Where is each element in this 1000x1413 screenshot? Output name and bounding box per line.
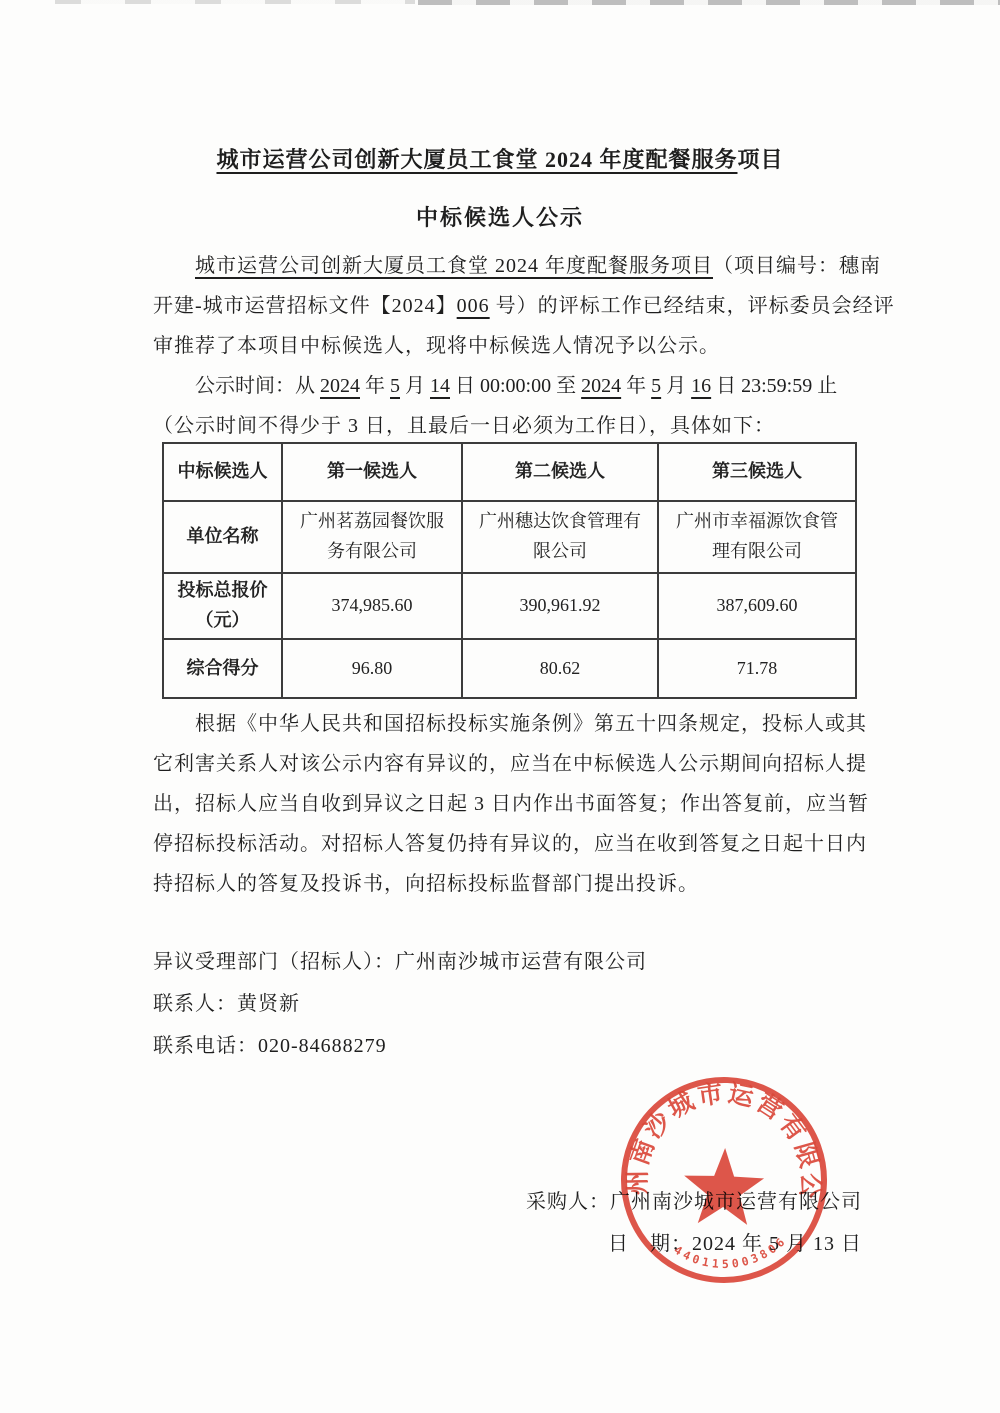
price-2: 390,961.92 <box>462 573 658 639</box>
contact-person: 联系人：黄贤新 <box>153 983 862 1025</box>
document-title-line2: 中标候选人公示 <box>0 201 1000 232</box>
start-year: 2024 <box>320 375 360 397</box>
regulation-line-3: 出，招标人应当自收到异议之日起 3 日内作出书面答复；作出答复前，应当暂 <box>153 784 862 824</box>
company-3: 广州市幸福源饮食管理有限公司 <box>658 501 856 573</box>
scan-artifact-light <box>55 0 415 4</box>
row-label-company: 单位名称 <box>163 501 282 573</box>
title-plain-part: 项目 <box>738 147 784 172</box>
header-first-candidate: 第一候选人 <box>282 443 462 501</box>
document-page: 城市运营公司创新大厦员工食堂 2024 年度配餐服务项目 中标候选人公示 城市运… <box>0 0 1000 1413</box>
title-underlined-part: 城市运营公司创新大厦员工食堂 2024 年度配餐服务 <box>216 147 737 172</box>
table-row-price: 投标总报价（元） 374,985.60 390,961.92 387,609.6… <box>163 573 856 639</box>
header-third-candidate: 第三候选人 <box>658 443 856 501</box>
company-2: 广州穗达饮食管理有限公司 <box>462 501 658 573</box>
regulation-paragraph: 根据《中华人民共和国招标投标实施条例》第五十四条规定，投标人或其 它利害关系人对… <box>153 704 862 904</box>
evaluation-status: 号）的评标工作已经结束，评标委员会经评 <box>490 295 895 317</box>
score-2: 80.62 <box>462 639 658 698</box>
table-row-score: 综合得分 96.80 80.62 71.78 <box>163 639 856 698</box>
date-line: 日 期：2024 年 5 月 13 日 <box>153 1223 868 1265</box>
start-day: 14 <box>430 375 450 397</box>
dispute-department: 异议受理部门（招标人）：广州南沙城市运营有限公司 <box>153 941 862 983</box>
row-label-price: 投标总报价（元） <box>163 573 282 639</box>
intro-paragraph: 城市运营公司创新大厦员工食堂 2024 年度配餐服务项目（项目编号：穗南 开建-… <box>153 246 862 366</box>
scan-artifact-dark <box>418 0 1000 5</box>
table-row-company: 单位名称 广州茗荔园餐饮服务有限公司 广州穗达饮食管理有限公司 广州市幸福源饮食… <box>163 501 856 573</box>
score-3: 71.78 <box>658 639 856 698</box>
notice-time-line-2: （公示时间不得少于 3 日，且最后一日必须为工作日），具体如下： <box>153 406 862 446</box>
purchaser-line: 采购人：广州南沙城市运营有限公司 <box>153 1181 862 1223</box>
regulation-line-1: 根据《中华人民共和国招标投标实施条例》第五十四条规定，投标人或其 <box>153 704 862 744</box>
header-candidate: 中标候选人 <box>163 443 282 501</box>
end-year: 2024 <box>581 375 621 397</box>
contact-phone: 联系电话：020-84688279 <box>153 1025 862 1067</box>
project-name-underlined: 城市运营公司创新大厦员工食堂 2024 年度配餐服务项目 <box>195 255 713 277</box>
regulation-line-2: 它利害关系人对该公示内容有异议的，应当在中标候选人公示期间向招标人提 <box>153 744 862 784</box>
intro-line-1: 城市运营公司创新大厦员工食堂 2024 年度配餐服务项目（项目编号：穗南 <box>153 246 862 286</box>
intro-line-2: 开建-城市运营招标文件【2024】006 号）的评标工作已经结束，评标委员会经评 <box>153 286 862 326</box>
company-1: 广州茗荔园餐饮服务有限公司 <box>282 501 462 573</box>
header-second-candidate: 第二候选人 <box>462 443 658 501</box>
notice-time-paragraph: 公示时间：从 2024 年 5 月 14 日 00:00:00 至 2024 年… <box>153 366 862 446</box>
regulation-line-4: 停招标投标活动。对招标人答复仍持有异议的，应当在收到答复之日起十日内 <box>153 824 862 864</box>
table-header-row: 中标候选人 第一候选人 第二候选人 第三候选人 <box>163 443 856 501</box>
document-title-line1: 城市运营公司创新大厦员工食堂 2024 年度配餐服务项目 <box>0 143 1000 174</box>
tender-doc-ref: 开建-城市运营招标文件【2024】 <box>153 295 457 317</box>
row-label-score: 综合得分 <box>163 639 282 698</box>
end-month: 5 <box>651 375 661 397</box>
tender-doc-number: 006 <box>457 295 490 317</box>
regulation-line-5: 持招标人的答复及投诉书，向招标投标监督部门提出投诉。 <box>153 864 862 904</box>
end-day: 16 <box>691 375 711 397</box>
project-number-prefix: （项目编号：穗南 <box>713 255 881 277</box>
notice-time-line-1: 公示时间：从 2024 年 5 月 14 日 00:00:00 至 2024 年… <box>153 366 862 406</box>
price-1: 374,985.60 <box>282 573 462 639</box>
start-month: 5 <box>390 375 400 397</box>
candidates-table: 中标候选人 第一候选人 第二候选人 第三候选人 单位名称 广州茗荔园餐饮服务有限… <box>162 442 857 699</box>
intro-line-3: 审推荐了本项目中标候选人，现将中标候选人情况予以公示。 <box>153 326 862 366</box>
price-3: 387,609.60 <box>658 573 856 639</box>
score-1: 96.80 <box>282 639 462 698</box>
contact-block: 异议受理部门（招标人）：广州南沙城市运营有限公司 联系人：黄贤新 联系电话：02… <box>153 941 862 1067</box>
